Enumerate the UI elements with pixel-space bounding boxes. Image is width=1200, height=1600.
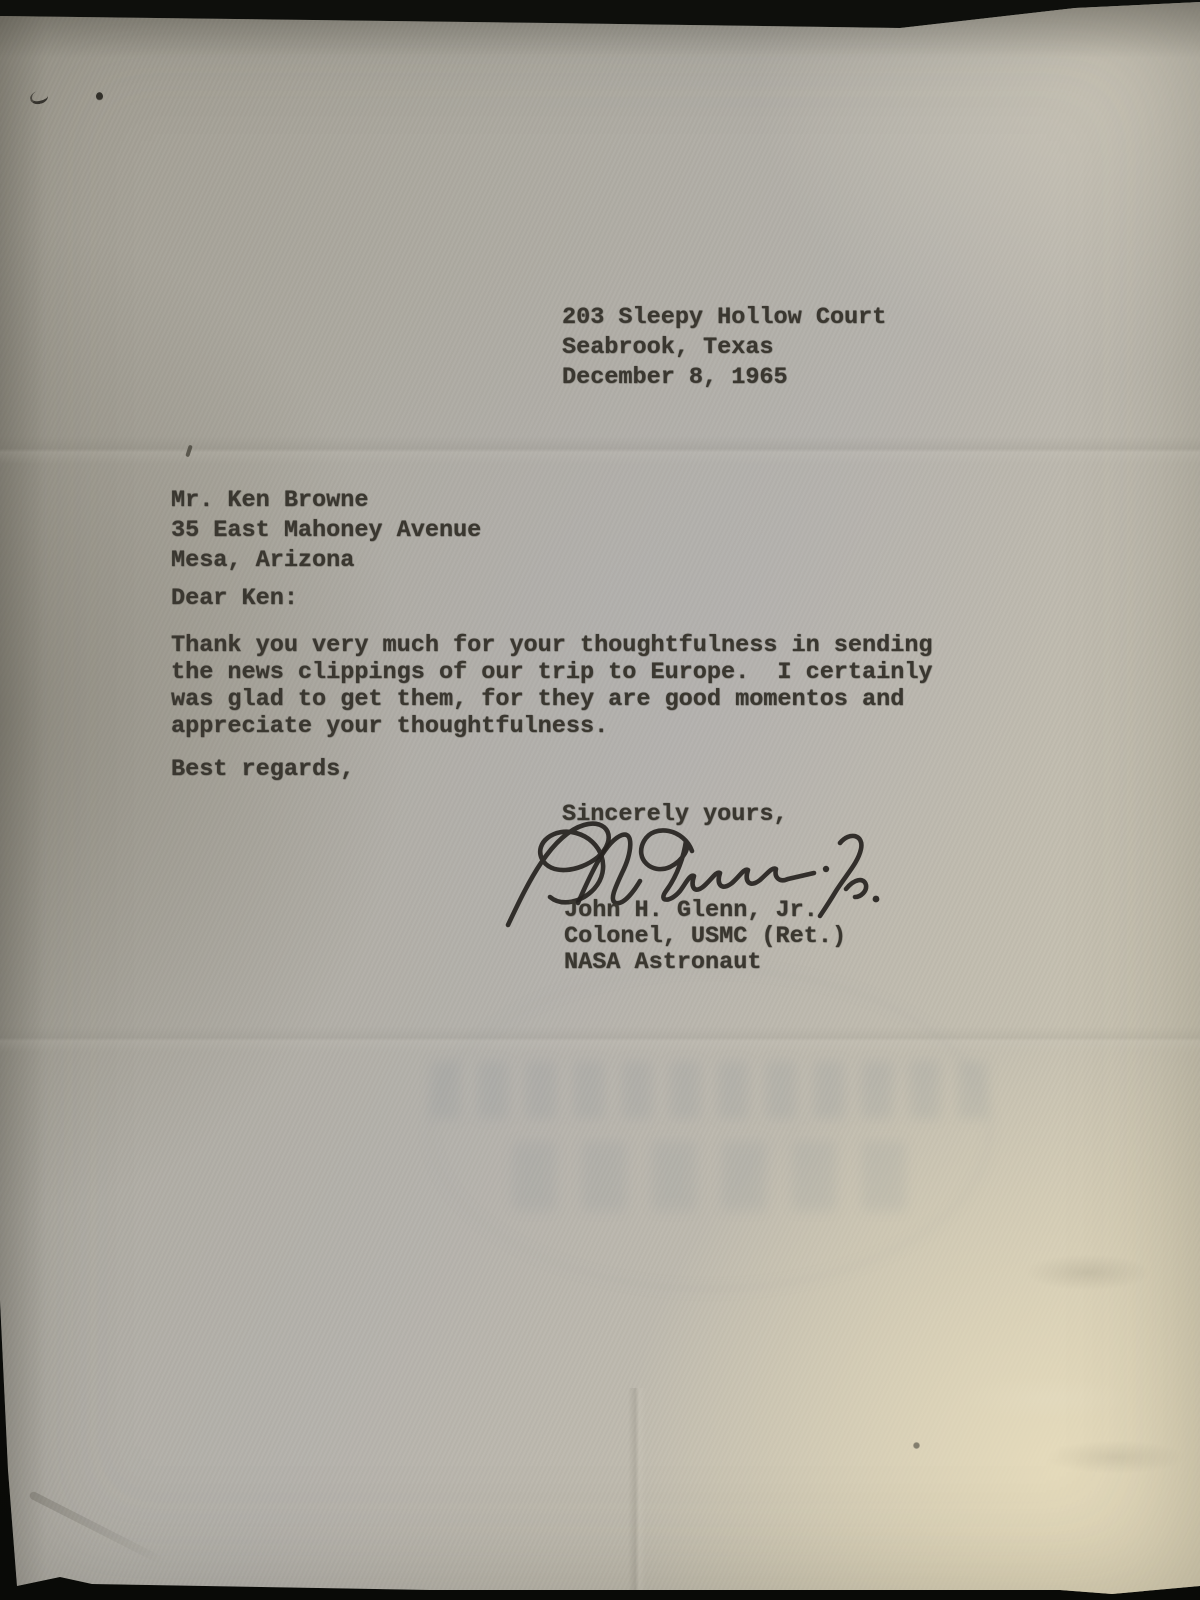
- body-line-1: Thank you very much for your thoughtfuln…: [171, 632, 933, 659]
- letter-body: Thank you very much for your thoughtfuln…: [171, 632, 933, 740]
- body-line-4: appreciate your thoughtfulness.: [171, 713, 933, 740]
- body-line-2: the news clippings of our trip to Europe…: [171, 659, 933, 686]
- watermark-text-row: [430, 1061, 988, 1119]
- letter-paper: 203 Sleepy Hollow Court Seabrook, Texas …: [0, 0, 1200, 1600]
- return-address-line-2: Seabrook, Texas: [562, 333, 886, 363]
- fold-crease-lower: [0, 1026, 1200, 1052]
- salutation-line: Dear Ken:: [171, 585, 298, 612]
- watermark-text-row: [512, 1141, 912, 1211]
- bottom-left-crease: [28, 1490, 165, 1565]
- body-line-3: was glad to get them, for they are good …: [171, 686, 933, 713]
- watermark-ellipse: [428, 967, 992, 1291]
- bottom-right-wrinkles: [920, 1180, 1200, 1600]
- signer-organization: NASA Astronaut: [564, 950, 846, 976]
- signer-name: John H. Glenn, Jr.: [564, 898, 846, 924]
- signature-block: John H. Glenn, Jr. Colonel, USMC (Ret.) …: [564, 898, 846, 976]
- salutation: Dear Ken:: [171, 585, 298, 612]
- staple-hole-mark: [96, 92, 103, 101]
- vertical-crease: [628, 1388, 646, 1600]
- fold-crease-upper: [0, 436, 1200, 464]
- recipient-street: 35 East Mahoney Avenue: [171, 516, 481, 546]
- ink-fleck: [185, 445, 193, 458]
- paper-speck: [913, 1442, 920, 1449]
- regards-line-block: Best regards,: [171, 756, 354, 783]
- return-address-block: 203 Sleepy Hollow Court Seabrook, Texas …: [562, 303, 886, 393]
- photo-of-letter: 203 Sleepy Hollow Court Seabrook, Texas …: [0, 0, 1200, 1600]
- recipient-name: Mr. Ken Browne: [171, 486, 481, 516]
- staple-hole-mark: [29, 89, 49, 105]
- ghost-stamp-watermark: [390, 965, 1030, 1295]
- return-address-line-1: 203 Sleepy Hollow Court: [562, 303, 886, 333]
- regards-line: Best regards,: [171, 756, 354, 783]
- signer-title: Colonel, USMC (Ret.): [564, 924, 846, 950]
- letter-date: December 8, 1965: [562, 363, 886, 393]
- recipient-city: Mesa, Arizona: [171, 546, 481, 576]
- recipient-address-block: Mr. Ken Browne 35 East Mahoney Avenue Me…: [171, 486, 481, 576]
- paper-top-edge-shadow: [0, 0, 1200, 58]
- paper-left-edge-shadow: [0, 0, 46, 1600]
